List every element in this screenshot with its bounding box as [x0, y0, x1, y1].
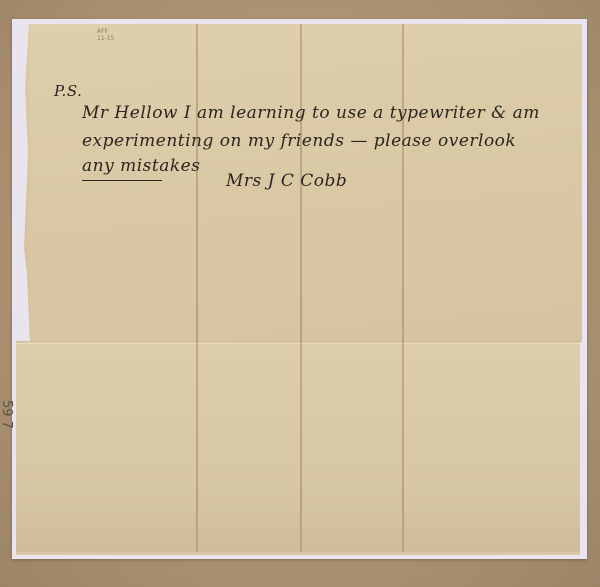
archival-mark-top: AFF 11-15 [97, 28, 114, 42]
handwritten-line-1: Mr Hellow I am learning to use a typewri… [82, 103, 540, 123]
underline-stroke [82, 180, 162, 181]
archival-mark-line: AFF [97, 28, 114, 35]
archival-mark-side: 59 7 [0, 400, 14, 429]
postscript-label: P.S. [54, 82, 82, 100]
handwritten-line-2: experimenting on my friends — please ove… [82, 131, 516, 151]
signature: Mrs J C Cobb [226, 171, 347, 191]
letter-lower-panel [16, 344, 580, 552]
archival-mark-line: 11-15 [97, 35, 114, 42]
handwritten-line-3: any mistakes [82, 156, 200, 176]
